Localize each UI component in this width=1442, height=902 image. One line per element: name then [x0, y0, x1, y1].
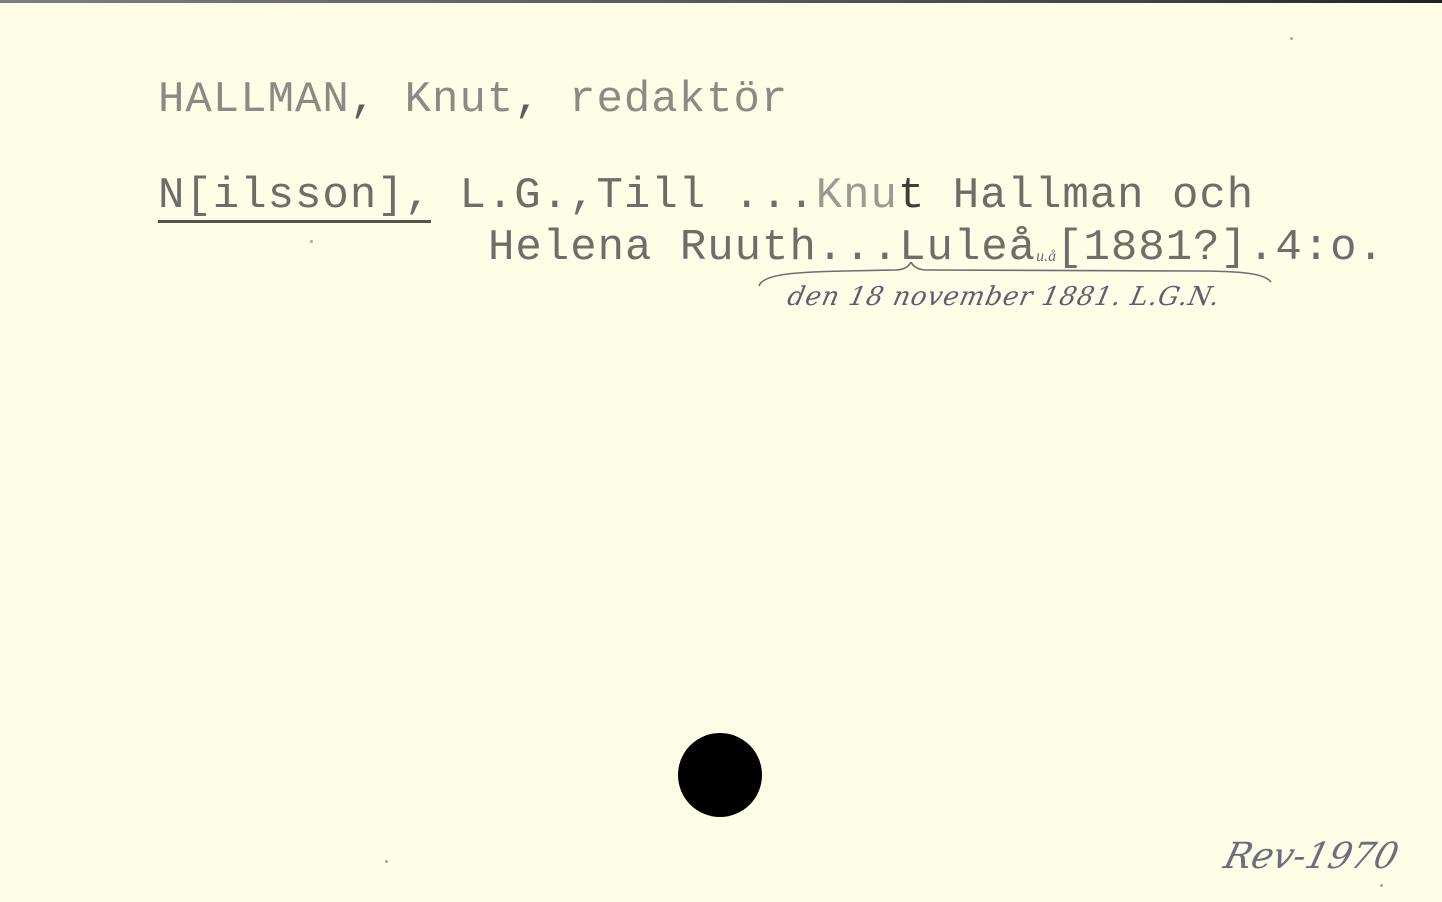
card-top-edge: [0, 0, 1442, 3]
author-initial: N: [158, 171, 185, 221]
title-name: Knu: [816, 171, 898, 221]
handwritten-date-note: den 18 november 1881. L.G.N.: [785, 282, 1223, 312]
paper-speck: [1290, 37, 1293, 40]
revision-note: Rev-1970: [1220, 836, 1403, 877]
catalog-card: HALLMAN, Knut, redaktör N[ilsson], L.G.,…: [0, 0, 1442, 902]
paper-speck: [1380, 884, 1383, 887]
author-name-bracketed: [ilsson]: [185, 171, 404, 221]
heading-separator: ,: [514, 75, 569, 125]
heading-occupation: redaktör: [569, 75, 788, 125]
title-start: L.G.,Till ...: [459, 171, 815, 221]
heading-surname: HALLMAN: [158, 75, 350, 125]
paper-speck: [310, 240, 313, 243]
title-rest: Hallman och: [925, 171, 1254, 221]
card-heading: HALLMAN, Knut, redaktör: [158, 74, 788, 126]
entry-line-1: N[ilsson], L.G.,Till ...Knut Hallman och: [158, 170, 1254, 222]
title-correction: t: [898, 171, 925, 221]
paper-speck: [385, 860, 388, 863]
heading-separator: ,: [350, 75, 405, 125]
author-suffix: ,: [405, 171, 460, 221]
heading-given-name: Knut: [405, 75, 515, 125]
author-underline: [158, 220, 431, 223]
punch-hole: [678, 733, 762, 817]
